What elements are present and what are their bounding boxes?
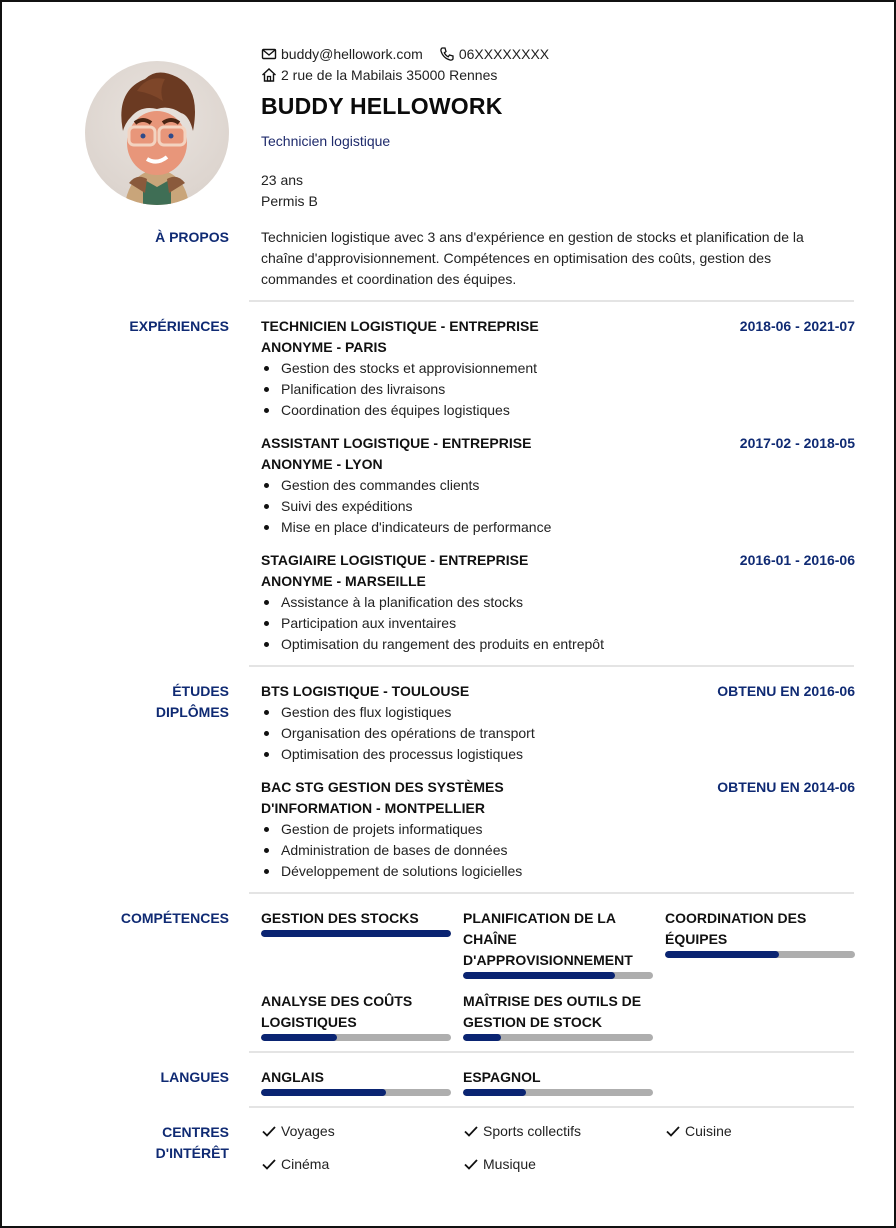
phone-icon <box>439 46 455 62</box>
divider <box>249 300 854 302</box>
entry-bullets: Gestion des stocks et approvisionnement … <box>261 358 855 421</box>
entry-bullets: Gestion de projets informatiques Adminis… <box>261 819 855 882</box>
entry-title: STAGIAIRE LOGISTIQUE - ENTREPRISE ANONYM… <box>261 550 561 592</box>
driving-license: Permis B <box>261 191 318 212</box>
entry-title: TECHNICIEN LOGISTIQUE - ENTREPRISE ANONY… <box>261 316 561 358</box>
section-label-languages: LANGUES <box>161 1067 229 1088</box>
envelope-icon <box>261 46 277 62</box>
language-item: ESPAGNOL <box>463 1067 653 1096</box>
experience-entry: TECHNICIEN LOGISTIQUE - ENTREPRISE ANONY… <box>261 316 855 421</box>
list-item: Gestion des commandes clients <box>261 475 855 496</box>
list-item: Coordination des équipes logistiques <box>261 400 855 421</box>
home-icon <box>261 67 277 83</box>
entry-date: 2016-01 - 2016-06 <box>740 550 855 571</box>
list-item: Optimisation des processus logistiques <box>261 744 855 765</box>
entry-bullets: Gestion des flux logistiques Organisatio… <box>261 702 855 765</box>
entry-title: ASSISTANT LOGISTIQUE - ENTREPRISE ANONYM… <box>261 433 561 475</box>
section-label-education: ÉTUDES DIPLÔMES <box>156 681 229 723</box>
skill-level-bar <box>665 951 855 958</box>
entry-bullets: Assistance à la planification des stocks… <box>261 592 855 655</box>
checkmark-icon <box>665 1123 681 1139</box>
list-item: Gestion de projets informatiques <box>261 819 855 840</box>
interest-item: Cuisine <box>665 1123 732 1139</box>
section-label-about: À PROPOS <box>155 227 229 248</box>
skill-level-fill <box>665 951 779 958</box>
list-item: Développement de solutions logicielles <box>261 861 855 882</box>
skill-item: PLANIFICATION DE LA CHAÎNE D'APPROVISION… <box>463 908 653 979</box>
list-item: Administration de bases de données <box>261 840 855 861</box>
list-item: Mise en place d'indicateurs de performan… <box>261 517 855 538</box>
skill-name: GESTION DES STOCKS <box>261 908 451 929</box>
education-entry: BAC STG GESTION DES SYSTÈMES D'INFORMATI… <box>261 777 855 882</box>
checkmark-icon <box>261 1156 277 1172</box>
skill-level-bar <box>463 972 653 979</box>
personal-meta: 23 ans Permis B <box>261 170 318 212</box>
list-item: Suivi des expéditions <box>261 496 855 517</box>
about-text: Technicien logistique avec 3 ans d'expér… <box>261 227 856 290</box>
language-name: ANGLAIS <box>261 1067 451 1088</box>
divider <box>249 892 854 894</box>
skill-name: MAÎTRISE DES OUTILS DE GESTION DE STOCK <box>463 991 653 1033</box>
language-level-fill <box>261 1089 386 1096</box>
list-item: Gestion des stocks et approvisionnement <box>261 358 855 379</box>
skill-name: COORDINATION DES ÉQUIPES <box>665 908 855 950</box>
entry-date: OBTENU EN 2014-06 <box>717 777 855 798</box>
job-title: Technicien logistique <box>261 133 390 149</box>
about-line: commandes et coordination des équipes. <box>261 269 856 290</box>
interest-item: Cinéma <box>261 1156 329 1172</box>
skill-item: MAÎTRISE DES OUTILS DE GESTION DE STOCK <box>463 991 653 1041</box>
skill-name: ANALYSE DES COÛTS LOGISTIQUES <box>261 991 451 1033</box>
section-label-interests: CENTRES D'INTÉRÊT <box>156 1122 229 1164</box>
language-level-fill <box>463 1089 526 1096</box>
skill-item: ANALYSE DES COÛTS LOGISTIQUES <box>261 991 451 1041</box>
list-item: Gestion des flux logistiques <box>261 702 855 723</box>
phone-text: 06XXXXXXXX <box>459 46 549 62</box>
checkmark-icon <box>463 1123 479 1139</box>
entry-date: 2017-02 - 2018-05 <box>740 433 855 454</box>
email-contact[interactable]: buddy@hellowork.com <box>261 46 423 62</box>
entry-date: OBTENU EN 2016-06 <box>717 681 855 702</box>
skill-level-fill <box>463 1034 501 1041</box>
list-item: Optimisation du rangement des produits e… <box>261 634 855 655</box>
divider <box>249 1106 854 1108</box>
language-name: ESPAGNOL <box>463 1067 653 1088</box>
list-item: Assistance à la planification des stocks <box>261 592 855 613</box>
language-item: ANGLAIS <box>261 1067 451 1096</box>
entry-title: BTS LOGISTIQUE - TOULOUSE <box>261 681 561 702</box>
avatar-illustration <box>85 61 229 205</box>
skill-level-fill <box>261 1034 337 1041</box>
about-line: chaîne d'approvisionnement. Compétences … <box>261 248 856 269</box>
skill-level-bar <box>261 1034 451 1041</box>
list-item: Planification des livraisons <box>261 379 855 400</box>
skill-level-bar <box>261 930 451 937</box>
candidate-name: BUDDY HELLOWORK <box>261 93 503 120</box>
email-text: buddy@hellowork.com <box>281 46 423 62</box>
avatar <box>85 61 229 205</box>
entry-date: 2018-06 - 2021-07 <box>740 316 855 337</box>
section-label-skills: COMPÉTENCES <box>121 908 229 929</box>
contact-info: buddy@hellowork.com 06XXXXXXXX 2 rue de … <box>261 43 565 85</box>
list-item: Organisation des opérations de transport <box>261 723 855 744</box>
entry-title: BAC STG GESTION DES SYSTÈMES D'INFORMATI… <box>261 777 561 819</box>
divider <box>249 665 854 667</box>
list-item: Participation aux inventaires <box>261 613 855 634</box>
address-contact: 2 rue de la Mabilais 35000 Rennes <box>261 67 497 83</box>
skill-level-fill <box>463 972 615 979</box>
education-entry: BTS LOGISTIQUE - TOULOUSE OBTENU EN 2016… <box>261 681 855 765</box>
checkmark-icon <box>261 1123 277 1139</box>
age: 23 ans <box>261 170 318 191</box>
skill-name: PLANIFICATION DE LA CHAÎNE D'APPROVISION… <box>463 908 653 971</box>
experience-entry: STAGIAIRE LOGISTIQUE - ENTREPRISE ANONYM… <box>261 550 855 655</box>
section-label-experience: EXPÉRIENCES <box>129 316 229 337</box>
language-level-bar <box>463 1089 653 1096</box>
about-line: Technicien logistique avec 3 ans d'expér… <box>261 227 856 248</box>
interest-item: Voyages <box>261 1123 335 1139</box>
skill-level-bar <box>463 1034 653 1041</box>
address-text: 2 rue de la Mabilais 35000 Rennes <box>281 67 497 83</box>
skill-item: GESTION DES STOCKS <box>261 908 451 937</box>
entry-bullets: Gestion des commandes clients Suivi des … <box>261 475 855 538</box>
experience-entry: ASSISTANT LOGISTIQUE - ENTREPRISE ANONYM… <box>261 433 855 538</box>
divider <box>249 1051 854 1053</box>
skill-level-fill <box>261 930 451 937</box>
skill-item: COORDINATION DES ÉQUIPES <box>665 908 855 958</box>
interest-item: Sports collectifs <box>463 1123 581 1139</box>
phone-contact[interactable]: 06XXXXXXXX <box>439 46 549 62</box>
language-level-bar <box>261 1089 451 1096</box>
interest-item: Musique <box>463 1156 536 1172</box>
checkmark-icon <box>463 1156 479 1172</box>
